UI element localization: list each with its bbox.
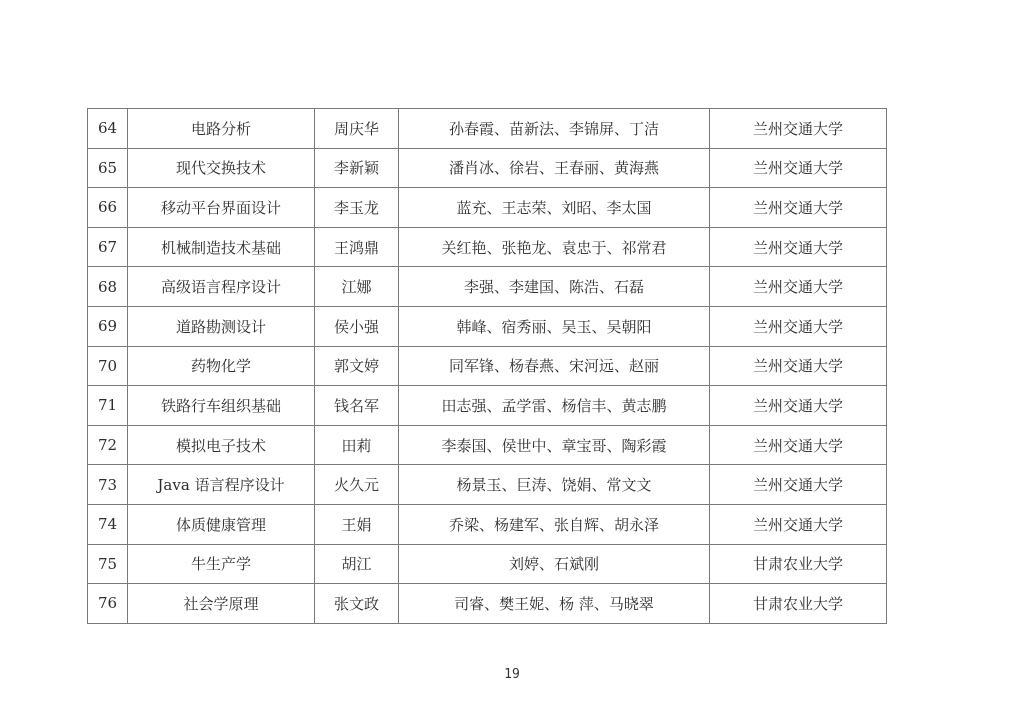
table-row: 69道路勘测设计侯小强韩峰、宿秀丽、吴玉、吴朝阳兰州交通大学 xyxy=(88,306,887,346)
course-table-body: 64电路分析周庆华孙春霞、苗新法、李锦屏、丁洁兰州交通大学65现代交换技术李新颖… xyxy=(88,109,887,624)
cell-course: 牛生产学 xyxy=(128,544,315,584)
cell-university: 甘肃农业大学 xyxy=(710,544,887,584)
cell-no: 68 xyxy=(88,267,128,307)
cell-university: 兰州交通大学 xyxy=(710,346,887,386)
cell-no: 72 xyxy=(88,425,128,465)
cell-leader: 王娟 xyxy=(315,504,399,544)
cell-no: 67 xyxy=(88,227,128,267)
cell-members: 李泰国、侯世中、章宝哥、陶彩霞 xyxy=(399,425,710,465)
cell-university: 兰州交通大学 xyxy=(710,109,887,149)
cell-members: 蓝充、王志荣、刘昭、李太国 xyxy=(399,188,710,228)
cell-leader: 李新颖 xyxy=(315,148,399,188)
table-row: 67机械制造技术基础王鸿鼎关红艳、张艳龙、袁忠于、祁常君兰州交通大学 xyxy=(88,227,887,267)
cell-course: 道路勘测设计 xyxy=(128,306,315,346)
cell-members: 关红艳、张艳龙、袁忠于、祁常君 xyxy=(399,227,710,267)
cell-leader: 周庆华 xyxy=(315,109,399,149)
cell-course: 社会学原理 xyxy=(128,584,315,624)
cell-university: 兰州交通大学 xyxy=(710,148,887,188)
table-row: 66移动平台界面设计李玉龙蓝充、王志荣、刘昭、李太国兰州交通大学 xyxy=(88,188,887,228)
table-row: 68高级语言程序设计江娜李强、李建国、陈浩、石磊兰州交通大学 xyxy=(88,267,887,307)
cell-university: 甘肃农业大学 xyxy=(710,584,887,624)
cell-course: Java 语言程序设计 xyxy=(128,465,315,505)
cell-no: 64 xyxy=(88,109,128,149)
table-row: 64电路分析周庆华孙春霞、苗新法、李锦屏、丁洁兰州交通大学 xyxy=(88,109,887,149)
cell-members: 司睿、樊王妮、杨 萍、马晓翠 xyxy=(399,584,710,624)
cell-university: 兰州交通大学 xyxy=(710,425,887,465)
cell-course: 机械制造技术基础 xyxy=(128,227,315,267)
cell-university: 兰州交通大学 xyxy=(710,386,887,426)
cell-leader: 郭文婷 xyxy=(315,346,399,386)
cell-no: 75 xyxy=(88,544,128,584)
cell-members: 韩峰、宿秀丽、吴玉、吴朝阳 xyxy=(399,306,710,346)
cell-members: 田志强、孟学雷、杨信丰、黄志鹏 xyxy=(399,386,710,426)
cell-course: 移动平台界面设计 xyxy=(128,188,315,228)
cell-no: 71 xyxy=(88,386,128,426)
cell-course: 现代交换技术 xyxy=(128,148,315,188)
cell-members: 孙春霞、苗新法、李锦屏、丁洁 xyxy=(399,109,710,149)
cell-no: 73 xyxy=(88,465,128,505)
cell-leader: 田莉 xyxy=(315,425,399,465)
cell-leader: 火久元 xyxy=(315,465,399,505)
cell-leader: 江娜 xyxy=(315,267,399,307)
cell-no: 69 xyxy=(88,306,128,346)
cell-course: 体质健康管理 xyxy=(128,504,315,544)
cell-university: 兰州交通大学 xyxy=(710,465,887,505)
cell-university: 兰州交通大学 xyxy=(710,188,887,228)
cell-no: 65 xyxy=(88,148,128,188)
table-row: 71铁路行车组织基础钱名军田志强、孟学雷、杨信丰、黄志鹏兰州交通大学 xyxy=(88,386,887,426)
cell-course: 药物化学 xyxy=(128,346,315,386)
cell-university: 兰州交通大学 xyxy=(710,267,887,307)
cell-leader: 胡江 xyxy=(315,544,399,584)
cell-no: 66 xyxy=(88,188,128,228)
table-row: 70药物化学郭文婷同军锋、杨春燕、宋河远、赵丽兰州交通大学 xyxy=(88,346,887,386)
table-row: 74体质健康管理王娟乔梁、杨建军、张自辉、胡永泽兰州交通大学 xyxy=(88,504,887,544)
course-table: 64电路分析周庆华孙春霞、苗新法、李锦屏、丁洁兰州交通大学65现代交换技术李新颖… xyxy=(87,108,887,624)
cell-no: 76 xyxy=(88,584,128,624)
cell-no: 70 xyxy=(88,346,128,386)
table-row: 76社会学原理张文政司睿、樊王妮、杨 萍、马晓翠甘肃农业大学 xyxy=(88,584,887,624)
table-row: 65现代交换技术李新颖潘肖冰、徐岩、王春丽、黄海燕兰州交通大学 xyxy=(88,148,887,188)
cell-leader: 李玉龙 xyxy=(315,188,399,228)
cell-leader: 侯小强 xyxy=(315,306,399,346)
table-row: 75牛生产学胡江刘婷、石斌刚甘肃农业大学 xyxy=(88,544,887,584)
cell-university: 兰州交通大学 xyxy=(710,306,887,346)
cell-no: 74 xyxy=(88,504,128,544)
cell-course: 铁路行车组织基础 xyxy=(128,386,315,426)
table-row: 73Java 语言程序设计火久元杨景玉、巨涛、饶娟、常文文兰州交通大学 xyxy=(88,465,887,505)
cell-university: 兰州交通大学 xyxy=(710,504,887,544)
cell-members: 刘婷、石斌刚 xyxy=(399,544,710,584)
cell-members: 同军锋、杨春燕、宋河远、赵丽 xyxy=(399,346,710,386)
cell-course: 电路分析 xyxy=(128,109,315,149)
cell-leader: 王鸿鼎 xyxy=(315,227,399,267)
cell-leader: 钱名军 xyxy=(315,386,399,426)
page-number: 19 xyxy=(0,667,1024,682)
document-page: 64电路分析周庆华孙春霞、苗新法、李锦屏、丁洁兰州交通大学65现代交换技术李新颖… xyxy=(0,0,1024,724)
table-row: 72模拟电子技术田莉李泰国、侯世中、章宝哥、陶彩霞兰州交通大学 xyxy=(88,425,887,465)
cell-leader: 张文政 xyxy=(315,584,399,624)
cell-members: 乔梁、杨建军、张自辉、胡永泽 xyxy=(399,504,710,544)
cell-members: 潘肖冰、徐岩、王春丽、黄海燕 xyxy=(399,148,710,188)
cell-members: 杨景玉、巨涛、饶娟、常文文 xyxy=(399,465,710,505)
cell-members: 李强、李建国、陈浩、石磊 xyxy=(399,267,710,307)
cell-course: 高级语言程序设计 xyxy=(128,267,315,307)
cell-university: 兰州交通大学 xyxy=(710,227,887,267)
cell-course: 模拟电子技术 xyxy=(128,425,315,465)
